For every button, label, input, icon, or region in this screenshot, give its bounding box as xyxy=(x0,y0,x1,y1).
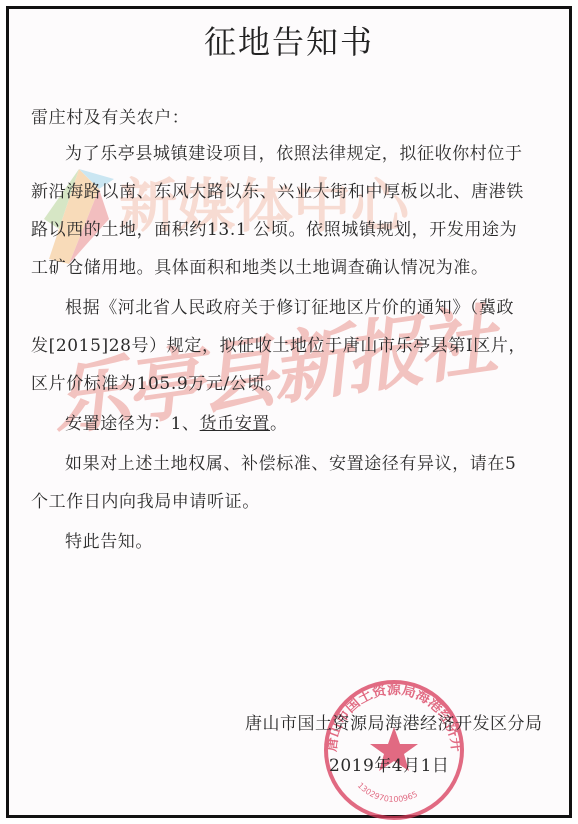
paragraph-line: 如果对上述土地权属、补偿标准、安置途径有异议，请在5 xyxy=(65,449,516,474)
paragraph-line: 个工作日内向我局申请听证。 xyxy=(31,487,260,512)
seal-serial: 1302970100965 xyxy=(356,781,419,804)
paragraph-line: 发[2015]28号）规定，拟征收土地位于唐山市乐亭县第Ⅰ区片， xyxy=(31,331,526,356)
resettlement-line: 安置途径为：1、货币安置。 xyxy=(65,409,288,434)
resettlement-prefix: 安置途径为：1、 xyxy=(65,414,200,434)
paragraph-line: 为了乐亭县城镇建设项目，依照法律规定，拟征收你村位于 xyxy=(65,139,523,164)
paragraph-line: 工矿仓储用地。具体面积和地类以土地调查确认情况为准。 xyxy=(31,253,489,278)
salutation: 雷庄村及有关农户： xyxy=(31,103,189,128)
issuer-name: 唐山市国土资源局海港经济开发区分局 xyxy=(245,709,543,734)
resettlement-method: 货币安置 xyxy=(200,414,270,434)
paragraph-line: 路以西的土地，面积约13.1 公顷。依照城镇规划，开发用途为 xyxy=(31,215,517,240)
resettlement-suffix: 。 xyxy=(270,414,288,434)
official-seal-icon: 唐山市国土资源局海港经济开发区分局 1302970100965 xyxy=(314,672,474,822)
svg-text:1302970100965: 1302970100965 xyxy=(356,781,419,804)
paragraph-line: 新沿海路以南、东风大路以东、兴业大街和中厚板以北、唐港铁 xyxy=(31,177,524,202)
document-title: 征地告知书 xyxy=(9,17,569,63)
closing-line: 特此告知。 xyxy=(65,527,153,552)
paragraph-line: 区片价标准为105.9万元/公顷。 xyxy=(31,369,283,394)
paragraph-line: 根据《河北省人民政府关于修订征地区片价的通知》（冀政 xyxy=(65,293,514,318)
document-page: 新媒体中心 乐亭县新报社 征地告知书 雷庄村及有关农户： 为了乐亭县城镇建设项目… xyxy=(6,6,572,818)
issue-date: 2019年4月1日 xyxy=(329,751,449,776)
